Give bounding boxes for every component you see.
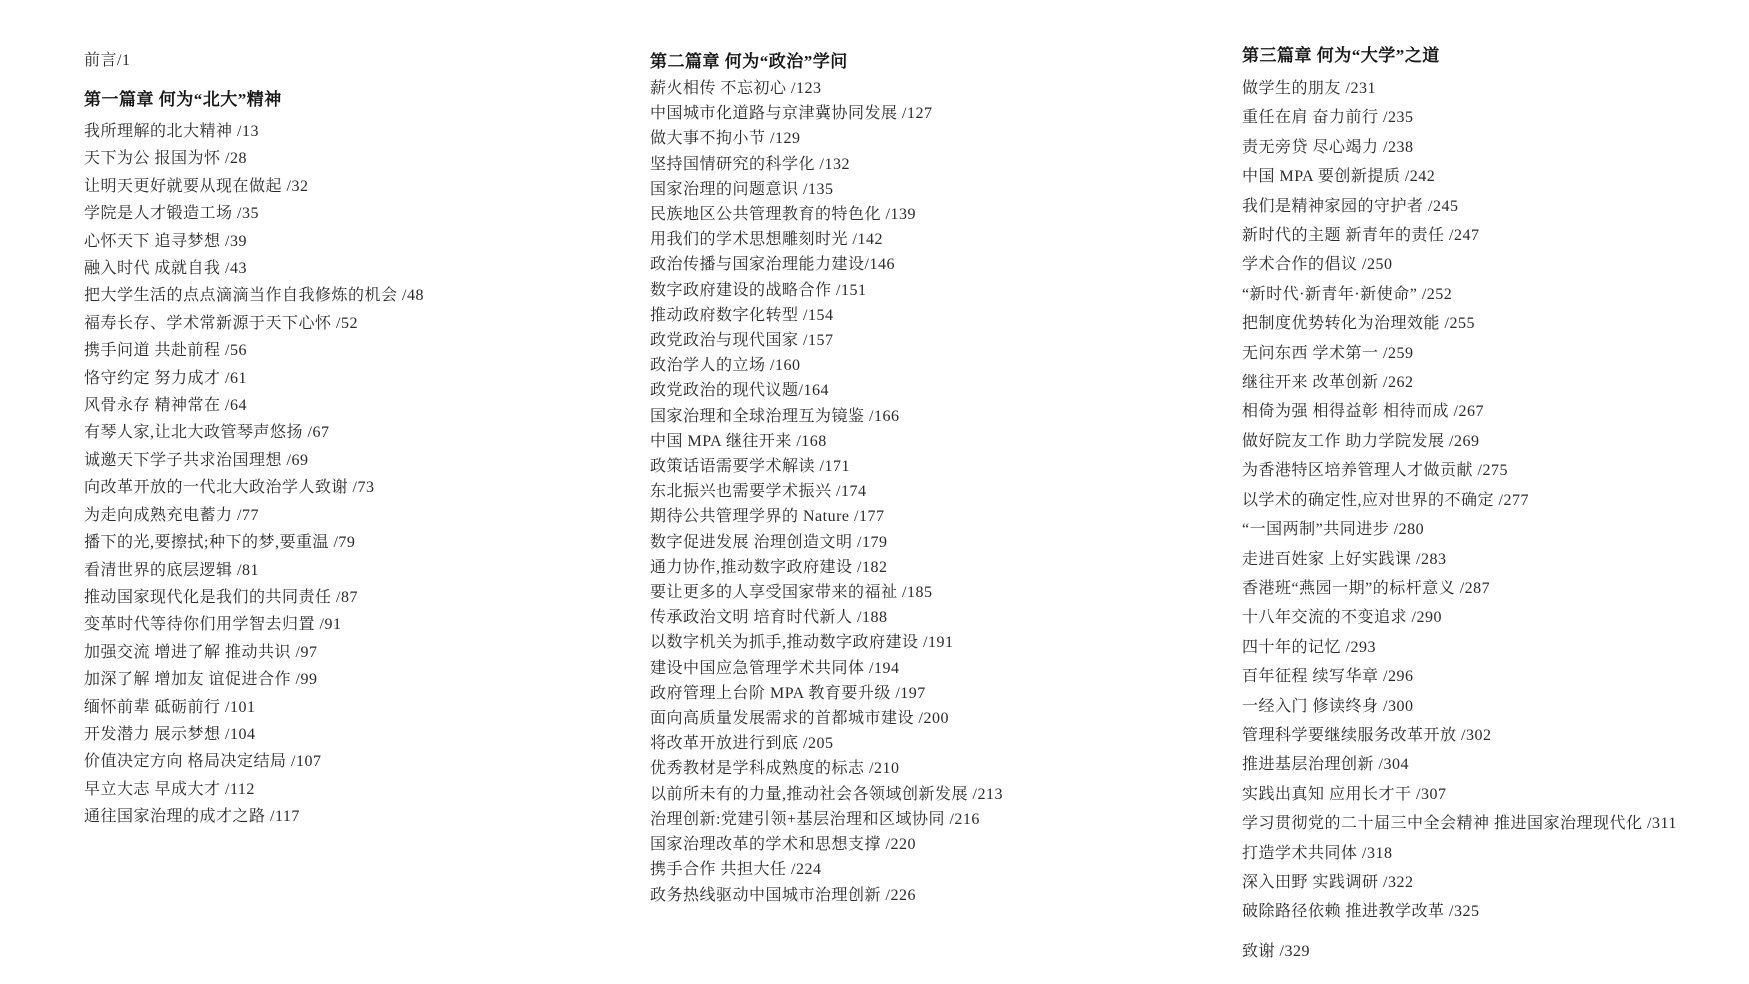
toc-entry: “一国两制”共同进步 /280: [1242, 515, 1749, 544]
toc-entry: 优秀教材是学科成熟度的标志 /210: [650, 756, 1210, 781]
toc-entry: 相倚为强 相得益彰 相待而成 /267: [1242, 397, 1749, 426]
toc-entry: 风骨永存 精神常在 /64: [84, 392, 644, 419]
toc-entry: 开发潜力 展示梦想 /104: [84, 721, 644, 748]
toc-entry: 东北振兴也需要学术振兴 /174: [650, 479, 1210, 504]
toc-entry: 为香港特区培养管理人才做贡献 /275: [1242, 456, 1749, 485]
toc-entry: 重任在肩 奋力前行 /235: [1242, 103, 1749, 132]
toc-entry: 政府管理上台阶 MPA 教育要升级 /197: [650, 681, 1210, 706]
toc-entry: 携手合作 共担大任 /224: [650, 857, 1210, 882]
toc-entry: 加强交流 增进了解 推动共识 /97: [84, 639, 644, 666]
toc-entry: 四十年的记忆 /293: [1242, 633, 1749, 662]
toc-entry: 中国 MPA 要创新提质 /242: [1242, 162, 1749, 191]
toc-entry: 治理创新:党建引领+基层治理和区域协同 /216: [650, 807, 1210, 832]
toc-entry: 中国城市化道路与京津冀协同发展 /127: [650, 101, 1210, 126]
section-items-1: 我所理解的北大精神 /13天下为公 报国为怀 /28让明天更好就要从现在做起 /…: [84, 118, 644, 831]
toc-column-3: 第三篇章 何为“大学”之道 做学生的朋友 /231重任在肩 奋力前行 /235责…: [1242, 44, 1749, 963]
toc-entry: 数字促进发展 治理创造文明 /179: [650, 530, 1210, 555]
toc-entry: 价值决定方向 格局决定结局 /107: [84, 748, 644, 775]
toc-entry: 变革时代等待你们用学智去归置 /91: [84, 611, 644, 638]
toc-entry: 为走向成熟充电蓄力 /77: [84, 502, 644, 529]
section-title-1: 第一篇章 何为“北大”精神: [84, 88, 644, 112]
section-title-2: 第二篇章 何为“政治”学问: [650, 50, 1210, 74]
toc-entry: 建设中国应急管理学术共同体 /194: [650, 656, 1210, 681]
toc-entry: 政党政治的现代议题/164: [650, 378, 1210, 403]
toc-entry: 打造学术共同体 /318: [1242, 839, 1749, 868]
toc-entry: “新时代·新青年·新使命” /252: [1242, 280, 1749, 309]
toc-entry: 诚邀天下学子共求治国理想 /69: [84, 447, 644, 474]
toc-entry: 要让更多的人享受国家带来的福祉 /185: [650, 580, 1210, 605]
toc-entry: 以学术的确定性,应对世界的不确定 /277: [1242, 486, 1749, 515]
toc-entry: 政务热线驱动中国城市治理创新 /226: [650, 883, 1210, 908]
toc-entry: 学习贯彻党的二十届三中全会精神 推进国家治理现代化 /311: [1242, 809, 1749, 838]
toc-entry: 通往国家治理的成才之路 /117: [84, 803, 644, 830]
toc-entry: 深入田野 实践调研 /322: [1242, 868, 1749, 897]
toc-entry: 用我们的学术思想雕刻时光 /142: [650, 227, 1210, 252]
preface-entry: 前言/1: [84, 50, 644, 72]
toc-entry: 天下为公 报国为怀 /28: [84, 145, 644, 172]
toc-entry: 向改革开放的一代北大政治学人致谢 /73: [84, 474, 644, 501]
toc-entry: 缅怀前辈 砥砺前行 /101: [84, 694, 644, 721]
toc-entry: 新时代的主题 新青年的责任 /247: [1242, 221, 1749, 250]
toc-entry: 走进百姓家 上好实践课 /283: [1242, 545, 1749, 574]
toc-entry: 期待公共管理学界的 Nature /177: [650, 504, 1210, 529]
toc-entry: 香港班“燕园一期”的标杆意义 /287: [1242, 574, 1749, 603]
toc-entry: 我所理解的北大精神 /13: [84, 118, 644, 145]
toc-entry: 把大学生活的点点滴滴当作自我修炼的机会 /48: [84, 282, 644, 309]
toc-entry: 恪守约定 努力成才 /61: [84, 365, 644, 392]
toc-entry: 做大事不拘小节 /129: [650, 126, 1210, 151]
toc-entry: 十八年交流的不变追求 /290: [1242, 603, 1749, 632]
toc-entry: 推动国家现代化是我们的共同责任 /87: [84, 584, 644, 611]
toc-entry: 责无旁贷 尽心竭力 /238: [1242, 133, 1749, 162]
toc-entry: 国家治理和全球治理互为镜鉴 /166: [650, 404, 1210, 429]
toc-entry: 通力协作,推动数字政府建设 /182: [650, 555, 1210, 580]
toc-entry: 薪火相传 不忘初心 /123: [650, 76, 1210, 101]
toc-entry: 民族地区公共管理教育的特色化 /139: [650, 202, 1210, 227]
toc-entry: 政策话语需要学术解读 /171: [650, 454, 1210, 479]
toc-page: 前言/1 第一篇章 何为“北大”精神 我所理解的北大精神 /13天下为公 报国为…: [0, 0, 1749, 984]
toc-entry: 融入时代 成就自我 /43: [84, 255, 644, 282]
toc-entry: 学术合作的倡议 /250: [1242, 250, 1749, 279]
section-items-3: 做学生的朋友 /231重任在肩 奋力前行 /235责无旁贷 尽心竭力 /238中…: [1242, 74, 1749, 927]
toc-entry: 传承政治文明 培育时代新人 /188: [650, 605, 1210, 630]
toc-entry: 做好院友工作 助力学院发展 /269: [1242, 427, 1749, 456]
section-items-2: 薪火相传 不忘初心 /123中国城市化道路与京津冀协同发展 /127做大事不拘小…: [650, 76, 1210, 908]
toc-entry: 坚持国情研究的科学化 /132: [650, 152, 1210, 177]
toc-entry: 政党政治与现代国家 /157: [650, 328, 1210, 353]
toc-entry: 有琴人家,让北大政管琴声悠扬 /67: [84, 419, 644, 446]
toc-entry: 破除路径依赖 推进教学改革 /325: [1242, 897, 1749, 926]
toc-entry: 做学生的朋友 /231: [1242, 74, 1749, 103]
toc-entry: 以前所未有的力量,推动社会各领域创新发展 /213: [650, 782, 1210, 807]
toc-entry: 一经入门 修读终身 /300: [1242, 692, 1749, 721]
section-title-3: 第三篇章 何为“大学”之道: [1242, 44, 1749, 68]
toc-entry: 政治学人的立场 /160: [650, 353, 1210, 378]
toc-entry: 推动政府数字化转型 /154: [650, 303, 1210, 328]
toc-entry: 加深了解 增加友 谊促进合作 /99: [84, 666, 644, 693]
toc-entry: 把制度优势转化为治理效能 /255: [1242, 309, 1749, 338]
toc-entry: 播下的光,要擦拭;种下的梦,要重温 /79: [84, 529, 644, 556]
toc-column-2: 第二篇章 何为“政治”学问 薪火相传 不忘初心 /123中国城市化道路与京津冀协…: [650, 50, 1210, 908]
toc-column-1: 前言/1 第一篇章 何为“北大”精神 我所理解的北大精神 /13天下为公 报国为…: [84, 50, 644, 831]
toc-entry: 管理科学要继续服务改革开放 /302: [1242, 721, 1749, 750]
toc-entry: 推进基层治理创新 /304: [1242, 750, 1749, 779]
toc-entry: 国家治理改革的学术和思想支撑 /220: [650, 832, 1210, 857]
toc-entry: 看清世界的底层逻辑 /81: [84, 557, 644, 584]
toc-entry: 百年征程 续写华章 /296: [1242, 662, 1749, 691]
toc-entry: 福寿长存、学术常新源于天下心怀 /52: [84, 310, 644, 337]
toc-entry: 数字政府建设的战略合作 /151: [650, 278, 1210, 303]
acknowledgement-entry: 致谢 /329: [1242, 941, 1749, 963]
toc-entry: 国家治理的问题意识 /135: [650, 177, 1210, 202]
toc-entry: 早立大志 早成大才 /112: [84, 776, 644, 803]
toc-entry: 面向高质量发展需求的首都城市建设 /200: [650, 706, 1210, 731]
toc-entry: 中国 MPA 继往开来 /168: [650, 429, 1210, 454]
toc-entry: 实践出真知 应用长才干 /307: [1242, 780, 1749, 809]
toc-entry: 我们是精神家园的守护者 /245: [1242, 192, 1749, 221]
toc-entry: 学院是人才锻造工场 /35: [84, 200, 644, 227]
toc-entry: 让明天更好就要从现在做起 /32: [84, 173, 644, 200]
toc-entry: 携手问道 共赴前程 /56: [84, 337, 644, 364]
toc-entry: 心怀天下 追寻梦想 /39: [84, 228, 644, 255]
toc-entry: 将改革开放进行到底 /205: [650, 731, 1210, 756]
toc-entry: 继往开来 改革创新 /262: [1242, 368, 1749, 397]
toc-entry: 政治传播与国家治理能力建设/146: [650, 252, 1210, 277]
toc-entry: 以数字机关为抓手,推动数字政府建设 /191: [650, 630, 1210, 655]
toc-entry: 无问东西 学术第一 /259: [1242, 339, 1749, 368]
